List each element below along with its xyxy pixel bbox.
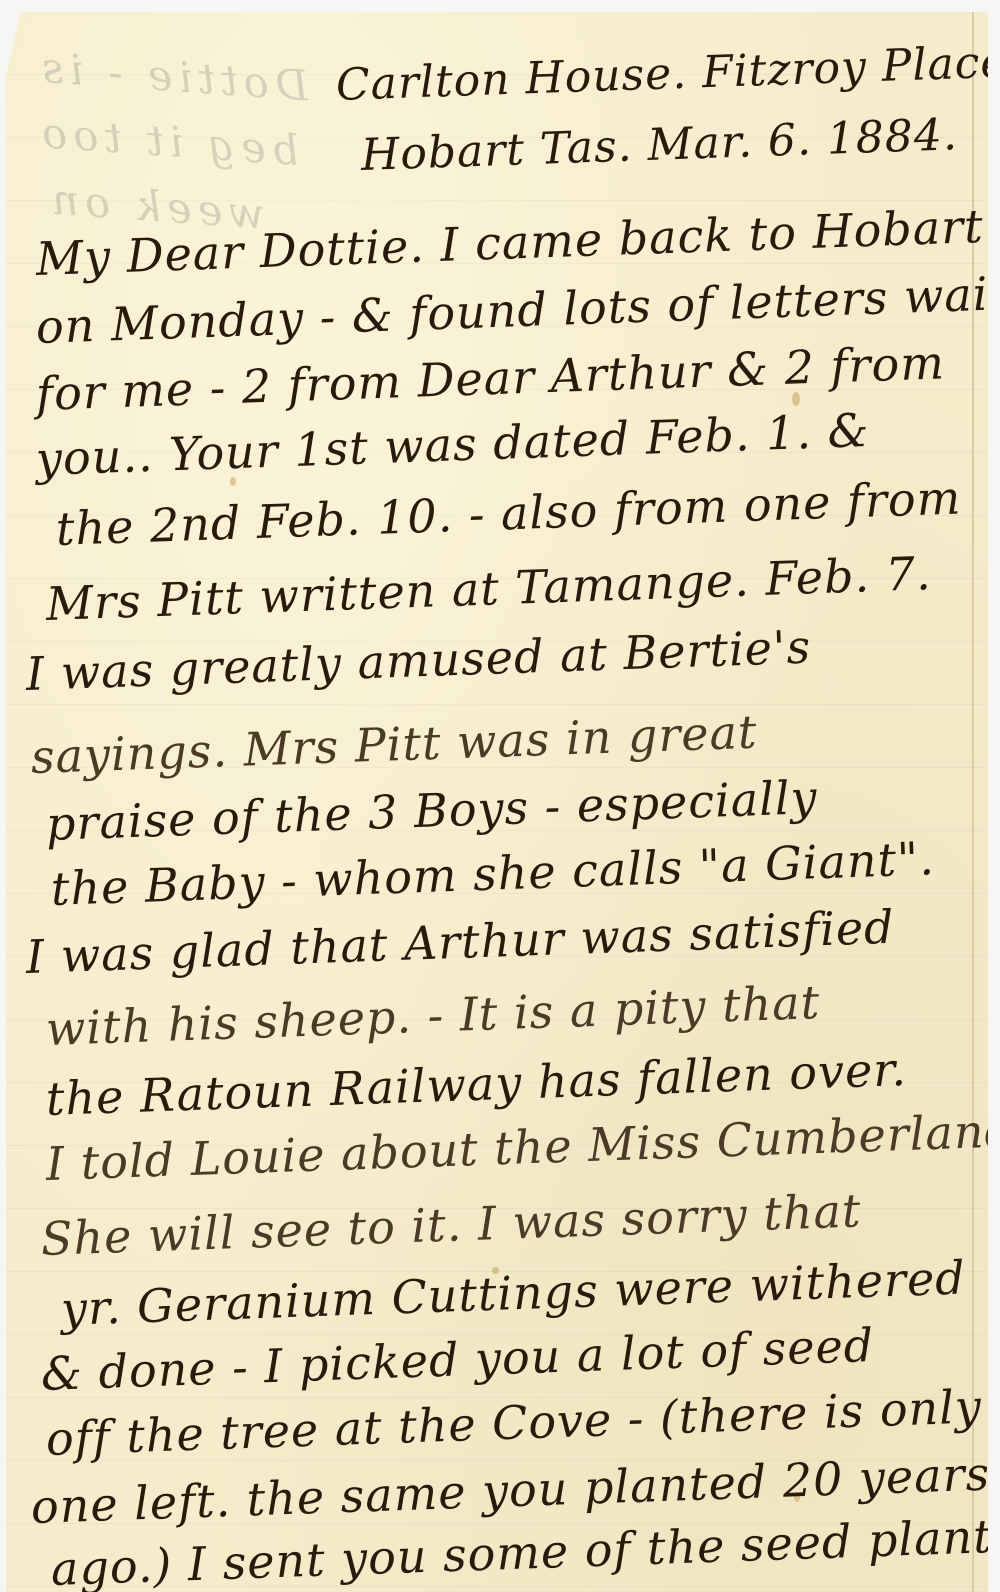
letter-line: the 2nd Feb. 10. - also from one from — [55, 470, 962, 556]
bleed-through-text: beg it too — [35, 108, 301, 175]
letter-page: Dottie - is beg it too week on Carlton H… — [6, 12, 988, 1592]
letter-line: I was greatly amused at Bertie's — [25, 620, 812, 701]
letter-line: sayings. Mrs Pitt was in great — [30, 705, 758, 784]
letter-line: She will see to it. I was sorry that — [40, 1183, 862, 1266]
letter-line: Mrs Pitt written at Tamange. Feb. 7. — [45, 546, 932, 631]
header-date: Hobart Tas. Mar. 6. 1884. — [360, 109, 958, 181]
letter-line: with his sheep. - It is a pity that — [45, 975, 821, 1056]
bleed-through-text: Dottie - is — [35, 43, 311, 111]
header-address: Carlton House. Fitzroy Place — [335, 37, 1000, 111]
